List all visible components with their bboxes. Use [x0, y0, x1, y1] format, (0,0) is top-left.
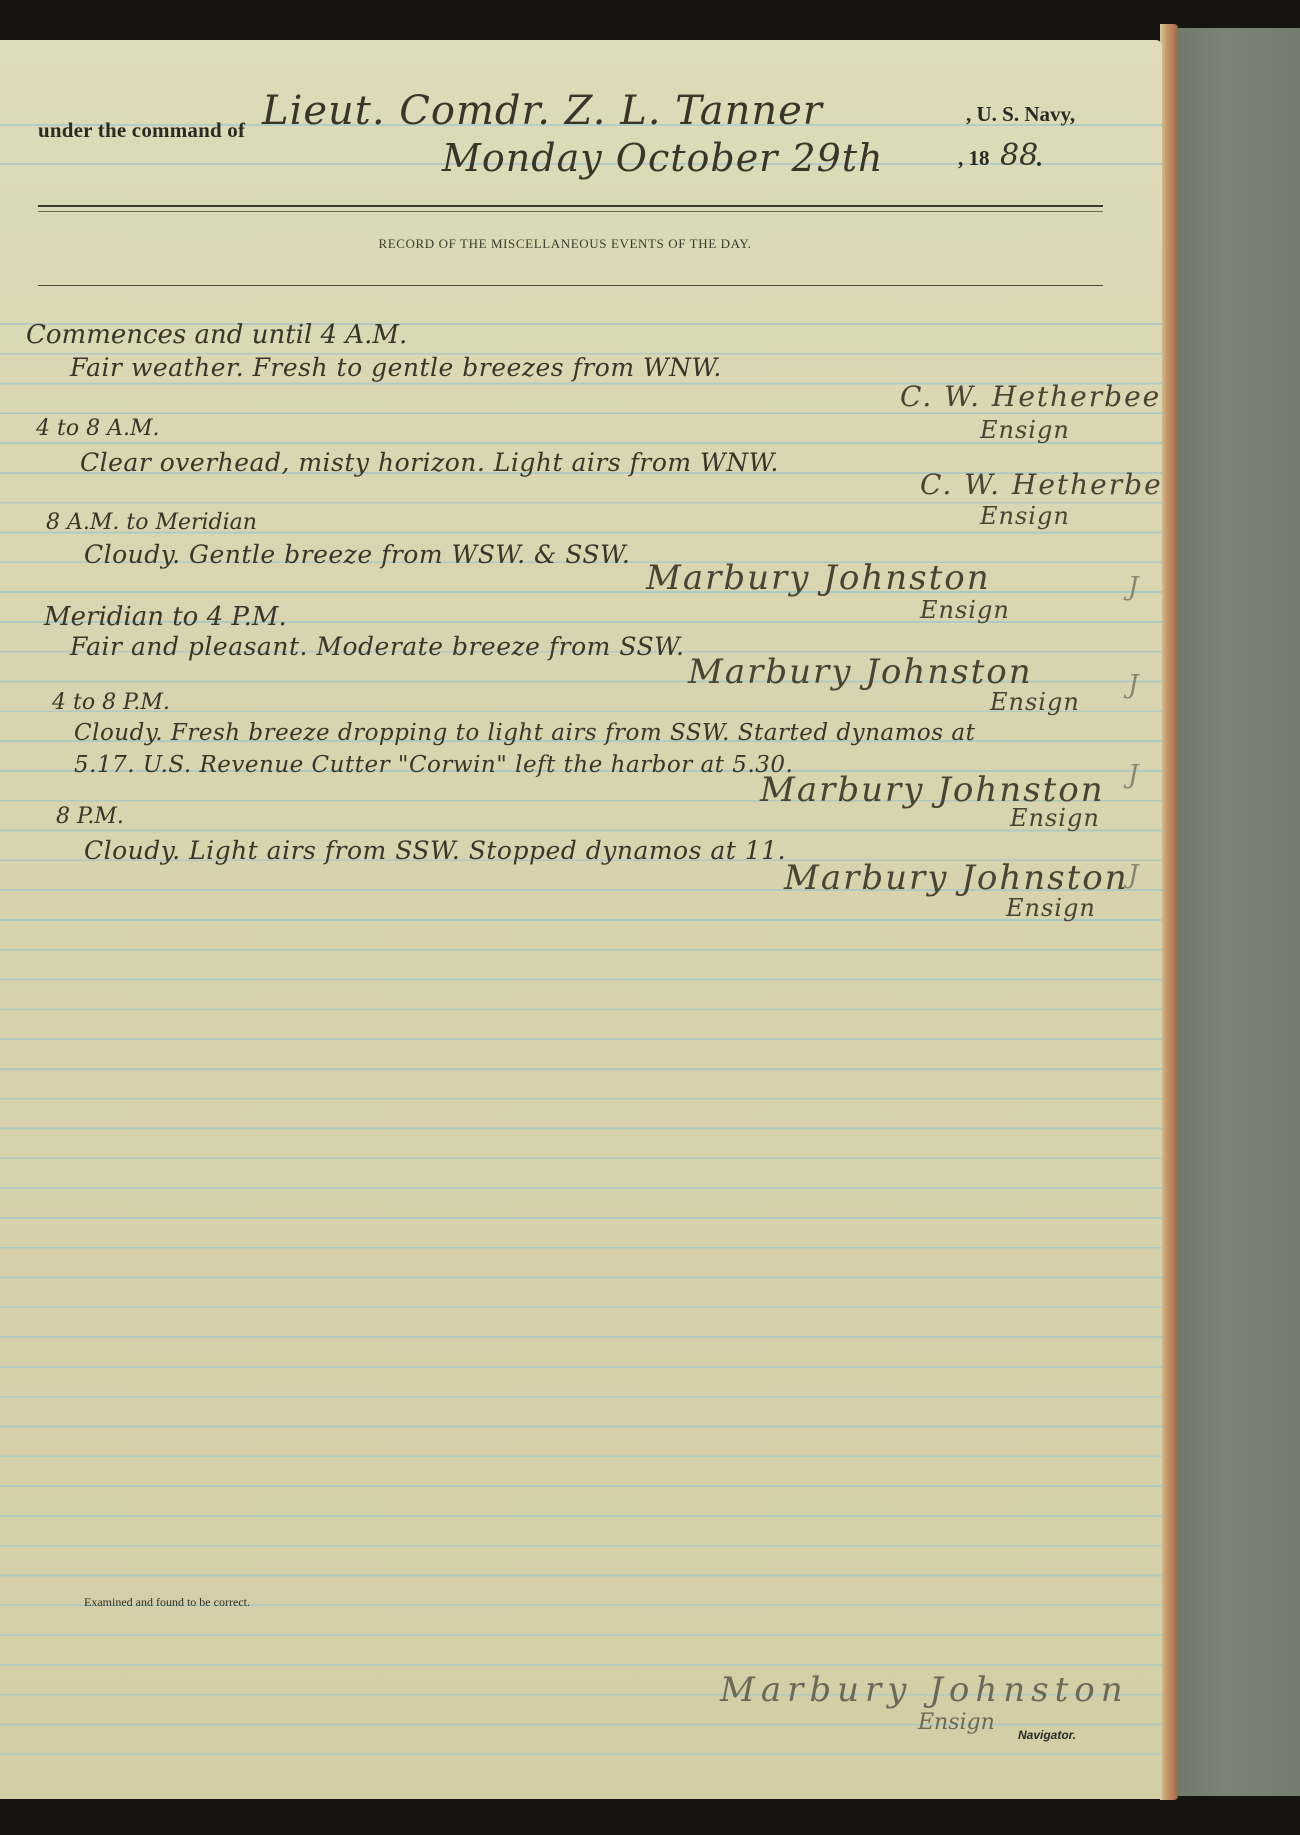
entry-signature: C. W. Hetherbee [920, 468, 1162, 501]
entry-signature: Marbury Johnston [784, 858, 1129, 898]
entry-time: 8 A.M. to Meridian [46, 510, 257, 535]
navigator-label: Navigator. [1018, 1728, 1076, 1742]
entry-time: Meridian to 4 P.M. [44, 602, 287, 632]
entry-rank: Ensign [990, 688, 1080, 716]
entry-signature: Marbury Johnston [688, 652, 1033, 692]
entry-time: Commences and until 4 A.M. [26, 320, 407, 350]
entry-text: Cloudy. Gentle breeze from WSW. & SSW. [84, 540, 630, 569]
entry-time: 8 P.M. [56, 804, 124, 829]
entry-text: Cloudy. Light airs from SSW. Stopped dyn… [84, 836, 786, 865]
navigator-signature: Marbury Johnston [720, 1670, 1129, 1710]
log-entries: Commences and until 4 A.M. Fair weather.… [0, 40, 1162, 1799]
entry-text: Fair and pleasant. Moderate breeze from … [70, 632, 684, 661]
examined-label: Examined and found to be correct. [84, 1595, 250, 1610]
entry-text: Fair weather. Fresh to gentle breezes fr… [70, 353, 722, 382]
entry-rank: Ensign [980, 502, 1070, 530]
entry-rank: Ensign [920, 596, 1010, 624]
entry-time: 4 to 8 A.M. [36, 416, 159, 441]
log-page: under the command of Lieut. Comdr. Z. L.… [0, 40, 1162, 1799]
entry-signature: Marbury Johnston [646, 558, 991, 598]
entry-text: Cloudy. Fresh breeze dropping to light a… [74, 720, 975, 746]
entry-rank: Ensign [1006, 894, 1096, 922]
book-cover-board [1172, 28, 1300, 1796]
navigator-rank: Ensign [918, 1710, 995, 1735]
margin-initial: J [1128, 670, 1138, 700]
entry-text: Clear overhead, misty horizon. Light air… [80, 448, 779, 477]
page-edge [1160, 24, 1178, 1800]
entry-time: 4 to 8 P.M. [52, 690, 170, 715]
entry-rank: Ensign [980, 416, 1070, 444]
margin-initial: J [1128, 760, 1138, 790]
entry-signature: C. W. Hetherbee [900, 380, 1161, 413]
margin-initial: J [1128, 860, 1138, 890]
margin-initial: J [1128, 572, 1138, 602]
entry-text: 5.17. U.S. Revenue Cutter "Corwin" left … [74, 752, 793, 778]
entry-rank: Ensign [1010, 804, 1100, 832]
